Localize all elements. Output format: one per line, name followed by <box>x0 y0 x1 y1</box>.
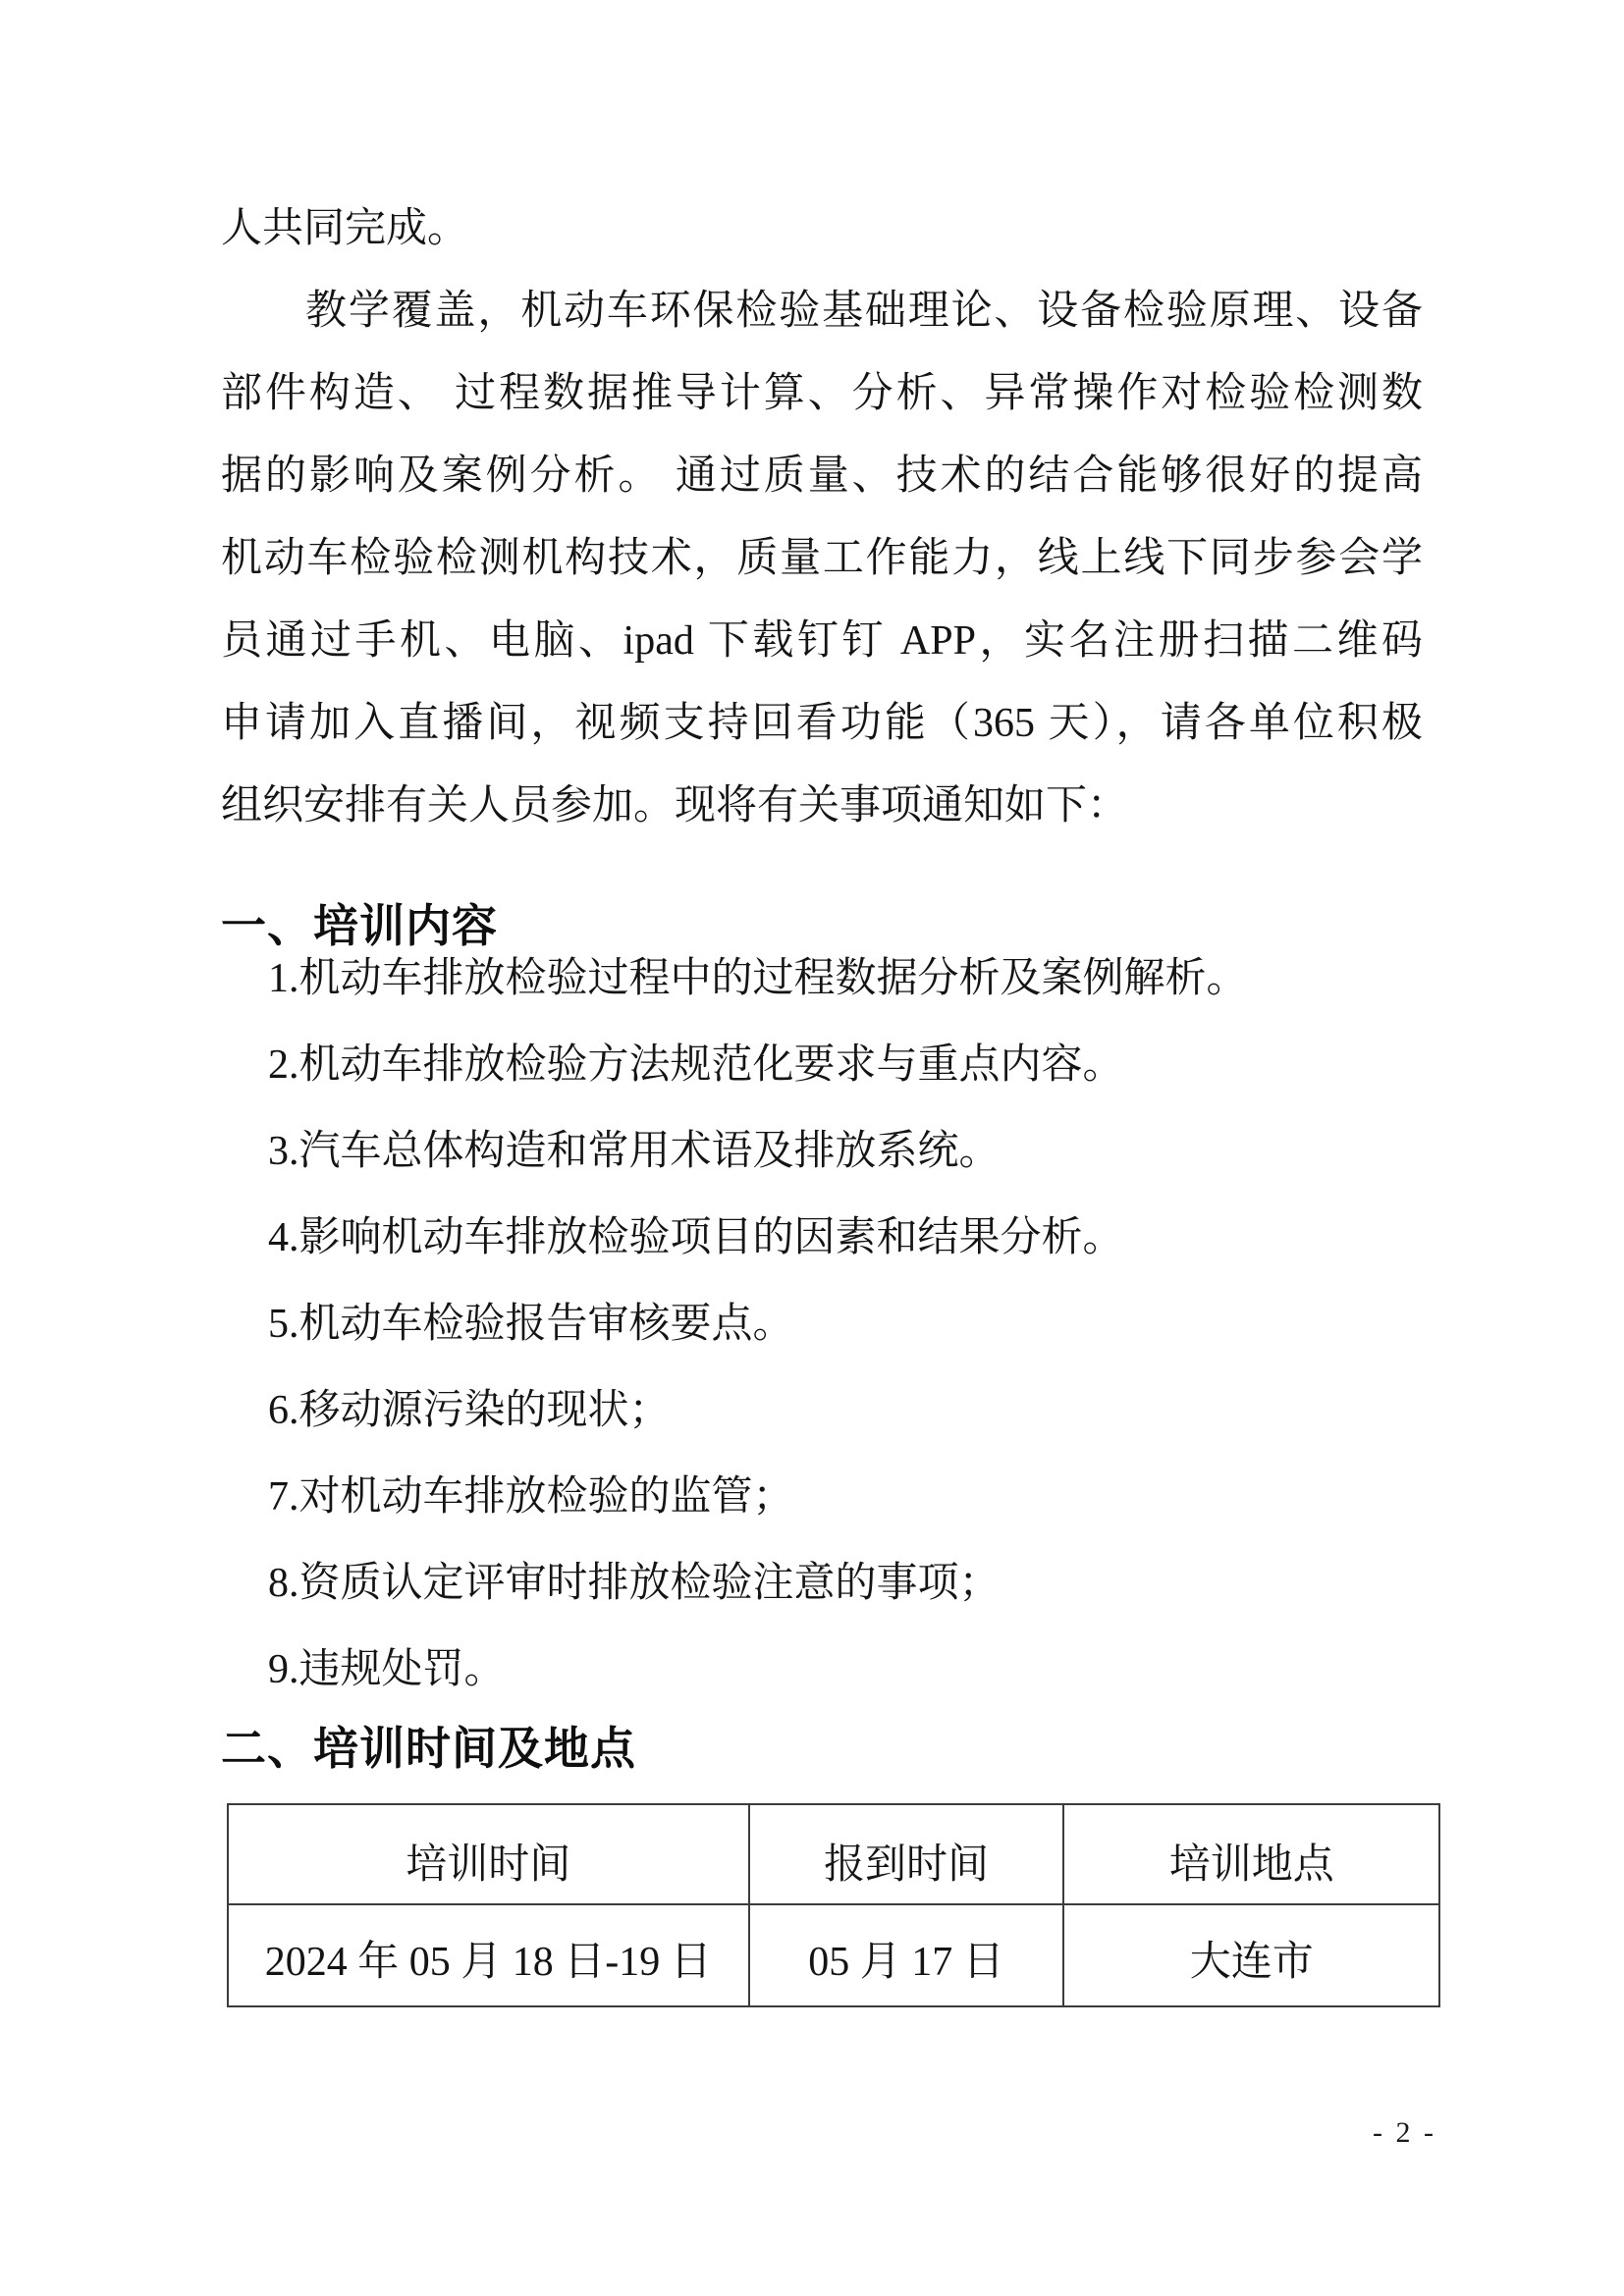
list-item: 1.机动车排放检验过程中的过程数据分析及案例解析。 <box>221 935 1434 1022</box>
list-item: 2.机动车排放检验方法规范化要求与重点内容。 <box>221 1022 1434 1108</box>
list-item: 7.对机动车排放检验的监管； <box>221 1454 1434 1540</box>
list-item: 5.机动车检验报告审核要点。 <box>221 1281 1434 1367</box>
table-cell: 2024 年 05 月 18 日-19 日 <box>228 1904 749 2006</box>
intro-line: 人共同完成。 <box>221 187 1423 270</box>
paragraph-line: 教学覆盖，机动车环保检验基础理论、设备检验原理、设备 <box>221 270 1423 352</box>
schedule-header-row: 培训时间报到时间培训地点 <box>228 1804 1439 1904</box>
list-item: 3.汽车总体构造和常用术语及排放系统。 <box>221 1108 1434 1195</box>
schedule-table: 培训时间报到时间培训地点 2024 年 05 月 18 日-19 日05 月 1… <box>227 1803 1440 2007</box>
table-cell: 大连市 <box>1063 1904 1439 2006</box>
paragraph-line: 申请加入直播间，视频支持回看功能（365 天），请各单位积极 <box>221 682 1423 765</box>
list-item: 6.移动源污染的现状； <box>221 1367 1434 1454</box>
document-page: 人共同完成。教学覆盖，机动车环保检验基础理论、设备检验原理、设备部件构造、 过程… <box>0 0 1624 2296</box>
paragraph-line: 据的影响及案例分析。 通过质量、技术的结合能够很好的提高 <box>221 435 1423 517</box>
section-heading-time-location: 二、培训时间及地点 <box>221 1724 636 1773</box>
paragraph-line: 组织安排有关人员参加。现将有关事项通知如下： <box>221 765 1423 847</box>
list-item: 9.违规处罚。 <box>221 1627 1434 1713</box>
table-cell: 05 月 17 日 <box>749 1904 1064 2006</box>
schedule-table-head: 培训时间报到时间培训地点 <box>228 1804 1439 1904</box>
body-paragraphs: 人共同完成。教学覆盖，机动车环保检验基础理论、设备检验原理、设备部件构造、 过程… <box>221 187 1423 847</box>
table-header-cell: 培训地点 <box>1063 1804 1439 1904</box>
table-header-cell: 培训时间 <box>228 1804 749 1904</box>
training-content-list: 1.机动车排放检验过程中的过程数据分析及案例解析。2.机动车排放检验方法规范化要… <box>221 935 1434 1713</box>
table-row: 2024 年 05 月 18 日-19 日05 月 17 日大连市 <box>228 1904 1439 2006</box>
paragraph-line: 机动车检验检测机构技术，质量工作能力，线上线下同步参会学 <box>221 517 1423 600</box>
paragraph-line: 员通过手机、电脑、ipad 下载钉钉 APP，实名注册扫描二维码 <box>221 600 1423 682</box>
paragraph-line: 部件构造、 过程数据推导计算、分析、异常操作对检验检测数 <box>221 352 1423 435</box>
list-item: 4.影响机动车排放检验项目的因素和结果分析。 <box>221 1195 1434 1281</box>
list-item: 8.资质认定评审时排放检验注意的事项； <box>221 1540 1434 1627</box>
table-header-cell: 报到时间 <box>749 1804 1064 1904</box>
page-number: - 2 - <box>1373 2116 1436 2150</box>
schedule-table-body: 2024 年 05 月 18 日-19 日05 月 17 日大连市 <box>228 1904 1439 2006</box>
